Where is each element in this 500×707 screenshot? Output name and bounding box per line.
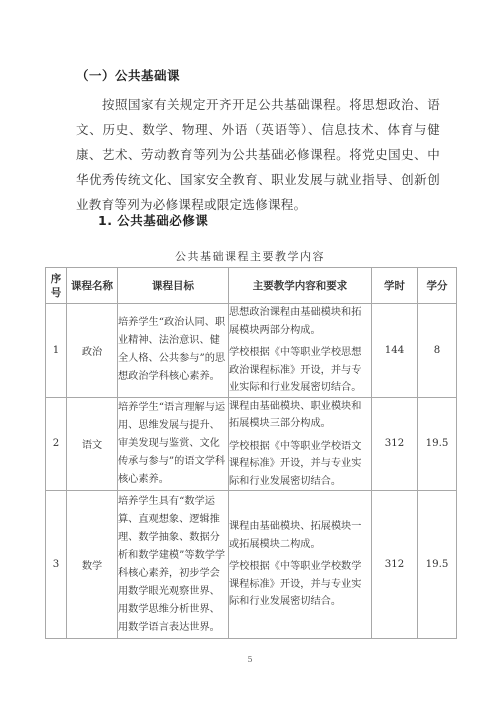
cell-course-name: 政治 bbox=[67, 304, 118, 398]
page-number: 5 bbox=[0, 655, 500, 664]
cell-course-name: 数学 bbox=[67, 491, 118, 639]
cell-course-goal: 培养学生“语言理解与运用、思维发展与提升、审美发现与鉴赏、文化传承与参与”的语文… bbox=[118, 397, 229, 491]
cell-hours: 312 bbox=[372, 491, 418, 639]
content-structure: 思想政治课程由基础模块和拓展模块两部分构成。 bbox=[229, 304, 371, 339]
header-course-content: 主要教学内容和要求 bbox=[229, 268, 372, 304]
header-course-goal: 课程目标 bbox=[118, 268, 229, 304]
header-seq: 序号 bbox=[46, 268, 67, 304]
header-course-name: 课程名称 bbox=[67, 268, 118, 304]
content-structure: 课程由基础模块、拓展模块一或拓展模块二构成。 bbox=[229, 518, 371, 553]
table-row: 1 政治 培养学生“政治认同、职业精神、法治意识、健全人格、公共参与”的思想政治… bbox=[46, 304, 457, 398]
cell-seq: 3 bbox=[46, 491, 67, 639]
content-standard: 学校根据《中等职业学校语文课程标准》开设，并与专业实际和行业发展密切结合。 bbox=[229, 438, 371, 491]
header-hours: 学时 bbox=[372, 268, 418, 304]
content-structure: 课程由基础模块、职业模块和拓展模块三部分构成。 bbox=[229, 398, 371, 433]
section-heading: （一）公共基础课 bbox=[76, 66, 180, 84]
cell-credits: 19.5 bbox=[418, 397, 457, 491]
cell-course-goal: 培养学生“政治认同、职业精神、法治意识、健全人格、公共参与”的思想政治学科核心素… bbox=[118, 304, 229, 398]
content-standard: 学校根据《中等职业学校数学课程标准》开设，并与专业实际和行业发展密切结合。 bbox=[229, 558, 371, 611]
table-row: 2 语文 培养学生“语言理解与运用、思维发展与提升、审美发现与鉴赏、文化传承与参… bbox=[46, 397, 457, 491]
sub-heading: 1. 公共基础必修课 bbox=[98, 211, 208, 229]
cell-course-content: 思想政治课程由基础模块和拓展模块两部分构成。 学校根据《中等职业学校思想政治课程… bbox=[229, 304, 372, 398]
course-table: 序号 课程名称 课程目标 主要教学内容和要求 学时 学分 1 政治 培养学生“政… bbox=[45, 267, 457, 639]
table-caption: 公共基础课程主要教学内容 bbox=[0, 248, 500, 264]
cell-seq: 2 bbox=[46, 397, 67, 491]
cell-credits: 19.5 bbox=[418, 491, 457, 639]
cell-credits: 8 bbox=[418, 304, 457, 398]
header-credits: 学分 bbox=[418, 268, 457, 304]
table-row: 3 数学 培养学生具有“数学运算、直观想象、逻辑推理、数学抽象、数据分析和数学建… bbox=[46, 491, 457, 639]
table-header-row: 序号 课程名称 课程目标 主要教学内容和要求 学时 学分 bbox=[46, 268, 457, 304]
cell-course-content: 课程由基础模块、拓展模块一或拓展模块二构成。 学校根据《中等职业学校数学课程标准… bbox=[229, 491, 372, 639]
cell-course-name: 语文 bbox=[67, 397, 118, 491]
cell-course-content: 课程由基础模块、职业模块和拓展模块三部分构成。 学校根据《中等职业学校语文课程标… bbox=[229, 397, 372, 491]
cell-hours: 312 bbox=[372, 397, 418, 491]
cell-hours: 144 bbox=[372, 304, 418, 398]
intro-paragraph: 按照国家有关规定开齐开足公共基础课程。将思想政治、语文、历史、数学、物理、外语（… bbox=[76, 92, 440, 217]
content-standard: 学校根据《中等职业学校思想政治课程标准》开设，并与专业实际和行业发展密切结合。 bbox=[229, 344, 371, 397]
cell-seq: 1 bbox=[46, 304, 67, 398]
cell-course-goal: 培养学生具有“数学运算、直观想象、逻辑推理、数学抽象、数据分析和数学建模”等数学… bbox=[118, 491, 229, 639]
